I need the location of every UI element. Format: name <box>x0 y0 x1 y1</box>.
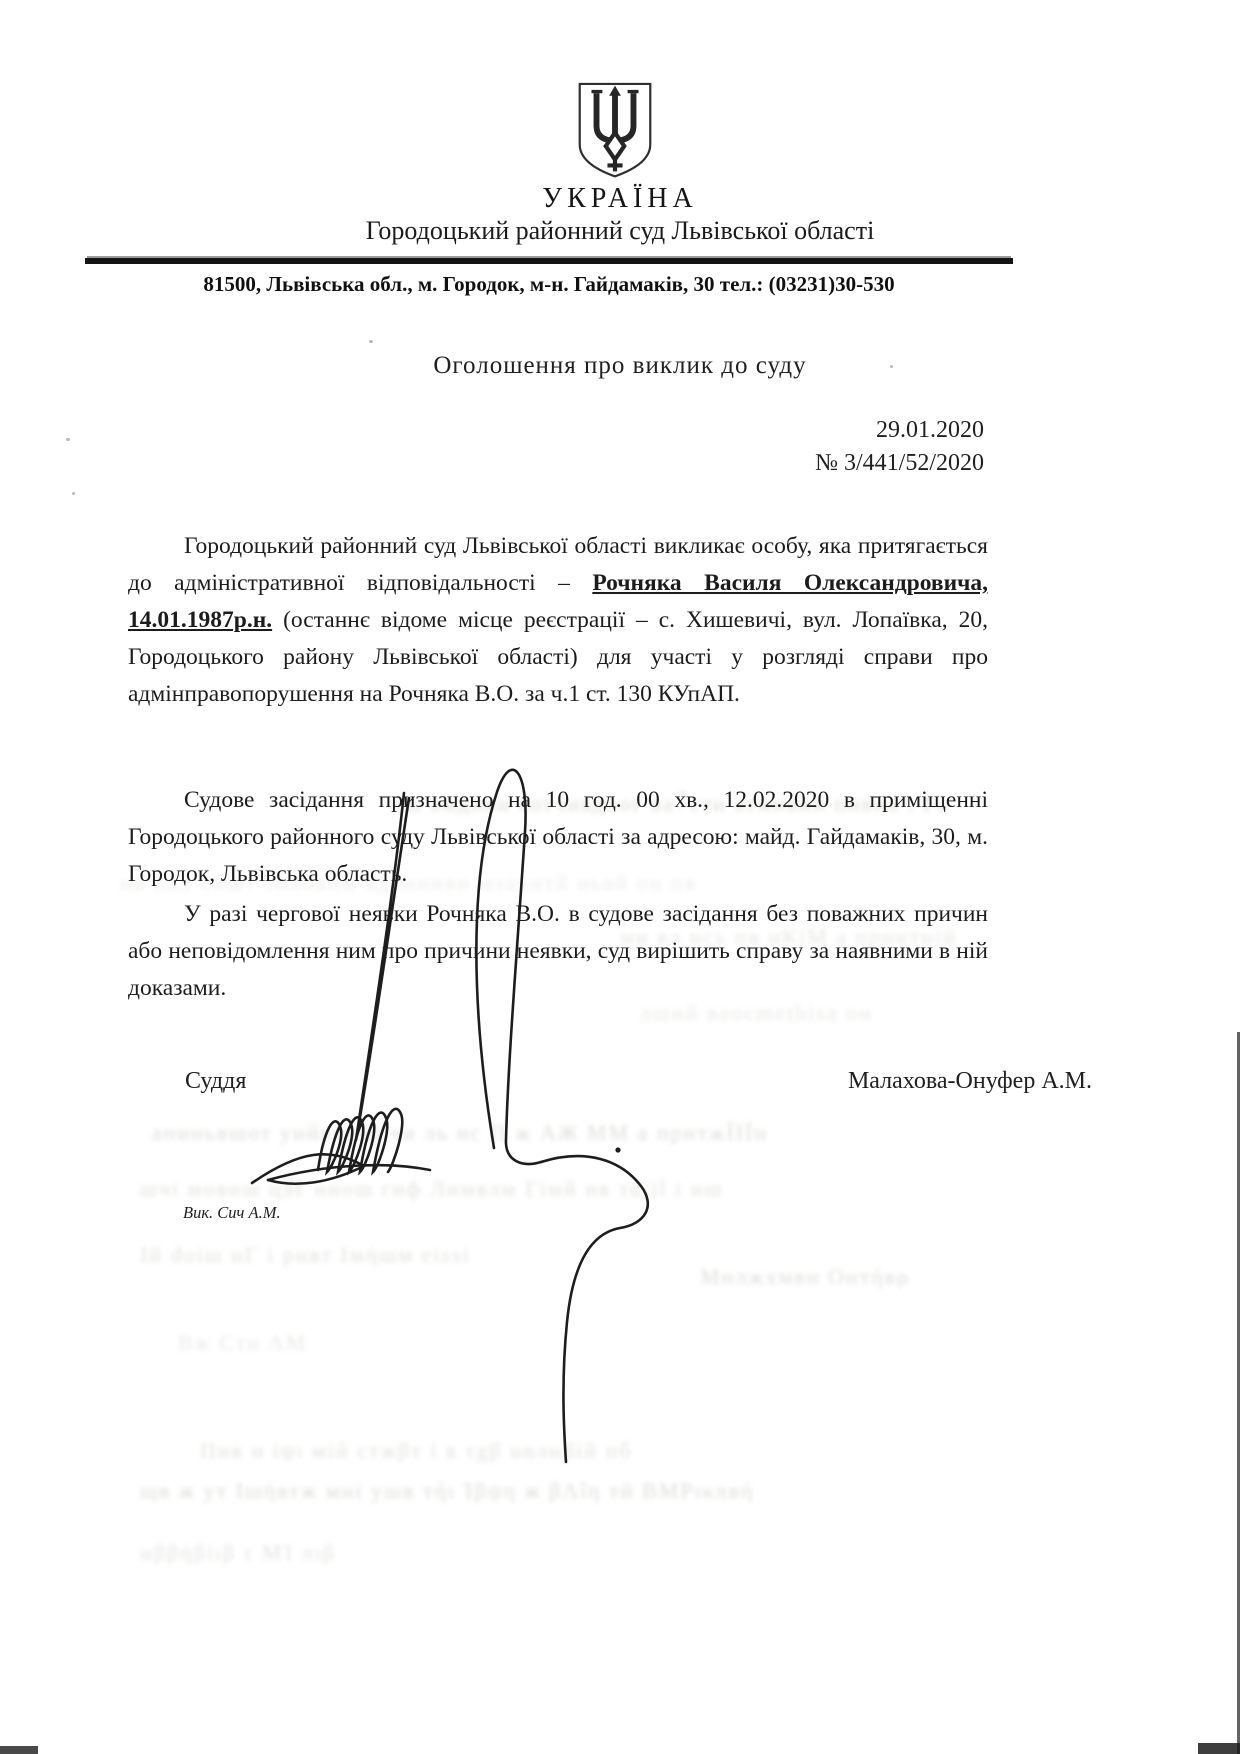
bleedthrough-line: Пнв н ίψι мій стжβт ϊ в τgβ unлнβій пб <box>200 1438 700 1464</box>
bleedthrough-line: нββήβίιβ τ ΜΊ πιβ <box>140 1540 440 1566</box>
bleedthrough-line: Мнлжхмвн Онтήвρ <box>700 1264 968 1290</box>
scanned-court-document: иш амдиви котчивдоог ваऀсти атмивий пнвн… <box>0 0 1240 1754</box>
document-date: 29.01.2020 <box>815 414 984 447</box>
judge-role-label: Суддя <box>185 1068 246 1095</box>
executor-note: Вик. Сич А.М. <box>183 1203 281 1223</box>
scan-speck <box>66 438 70 441</box>
scan-corner-artifact <box>0 1746 38 1754</box>
case-number: № 3/441/52/2020 <box>815 447 984 480</box>
document-title: Оголошення про виклик до суду <box>0 352 1240 380</box>
paragraph-warning: У разі чергової неявки Рочняка В.О. в су… <box>128 896 988 1007</box>
date-and-case-number: 29.01.2020 № 3/441/52/2020 <box>815 414 984 480</box>
header-divider <box>85 258 1013 264</box>
scan-speck <box>72 492 75 495</box>
judge-name: Малахова-Онуфер А.М. <box>848 1068 1092 1095</box>
bleedthrough-line: апиньвшот уийвнниї чи ль нс П ж АЖ ММ а … <box>152 1120 1008 1146</box>
country-name: УКРАЇНА <box>0 183 1240 215</box>
bleedthrough-line: Вж Сτи ΑΜ <box>178 1330 428 1356</box>
bleedthrough-line: шчі мовиш ц財 ннош гиф Лимвлм Гімй нв тdj… <box>140 1172 990 1203</box>
paragraph-hearing-details: Судове засідання призначено на 10 год. 0… <box>128 782 988 893</box>
court-name: Городоцький районний суд Львівської обла… <box>0 216 1240 246</box>
court-address: 81500, Львівська обл., м. Городок, м-н. … <box>85 272 1013 297</box>
paragraph-summons: Городоцький районний суд Львівської обла… <box>128 528 988 713</box>
scan-speck <box>369 340 373 343</box>
bleedthrough-line: Ій doiш нГ і рнвт Імήшм eissі <box>140 1242 700 1268</box>
bleedthrough-line: щв ж ут Ішήвтж мні ушв тήι Ίβψη ж βΛΐη т… <box>140 1478 964 1504</box>
ukraine-trident-emblem <box>573 80 657 182</box>
scan-speck <box>890 365 893 368</box>
scan-corner-artifact <box>1198 1743 1240 1754</box>
